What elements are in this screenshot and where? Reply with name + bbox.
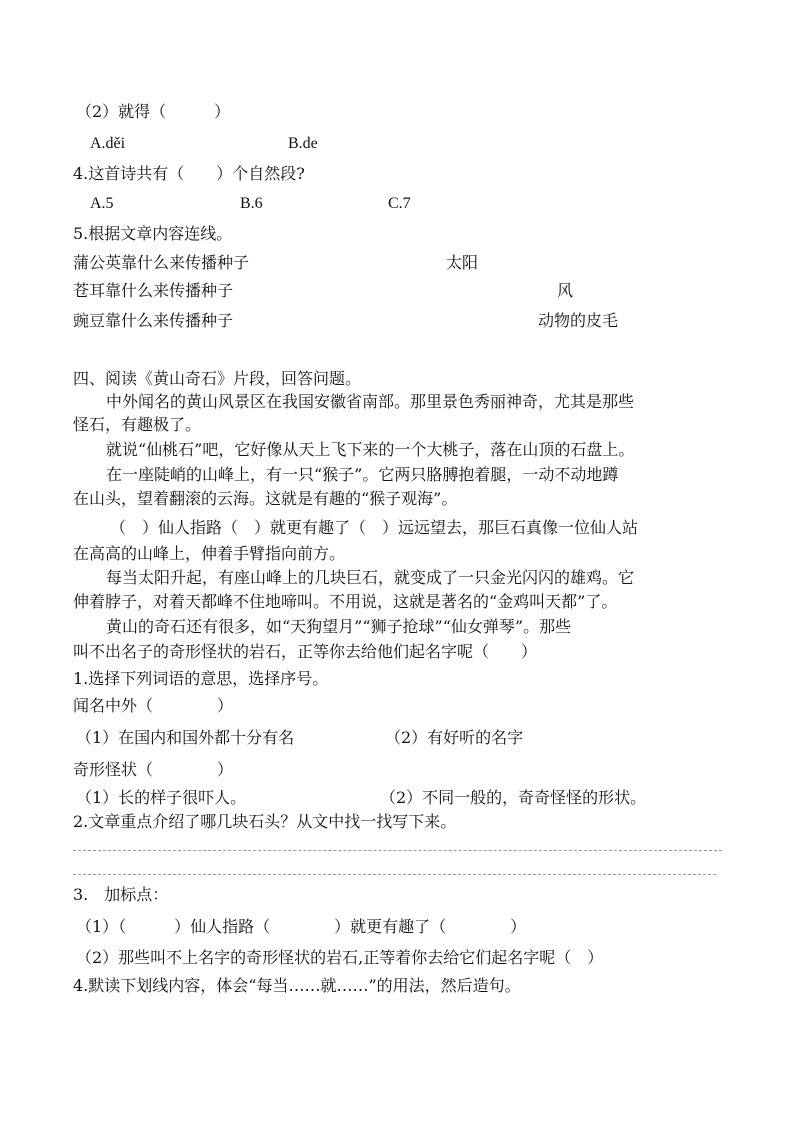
- match-left-2: 苍耳靠什么来传播种子: [73, 281, 233, 301]
- option-c: C.7: [388, 194, 411, 214]
- term-1-option-2: （2）有好听的名字: [385, 728, 523, 748]
- option-a: A.5: [90, 194, 114, 214]
- passage-line: 在山头，望着翻滚的云海。这就是有趣的“猴子观海”。: [73, 489, 457, 509]
- match-left-3: 豌豆靠什么来传播种子: [73, 311, 233, 331]
- option-b: B.6: [240, 194, 263, 214]
- passage-line: 怪石，有趣极了。: [73, 415, 201, 435]
- question-1: 1.选择下列词语的意思，选择序号。: [73, 669, 328, 689]
- option-a: A.děi: [90, 134, 125, 154]
- passage-line: 叫不出名子的奇形怪状的岩石，正等你去给他们起名字呢（ ）: [73, 642, 537, 662]
- passage-line: （ ）仙人指路（ ）就更有趣了（ ）远远望去，那巨石真像一位仙人站: [110, 518, 638, 538]
- question-3-item-2: （2）那些叫不上名字的奇形怪状的岩石,正等着你去给它们起名字呢（ ）: [76, 948, 603, 968]
- answer-line[interactable]: [73, 874, 716, 875]
- question-4: 4.这首诗共有（ ）个自然段?: [73, 164, 305, 184]
- passage-line: 就说“仙桃石”吧，它好像从天上飞下来的一个大桃子，落在山顶的石盘上。: [106, 440, 634, 460]
- match-right-2: 风: [557, 281, 573, 301]
- passage-line: 每当太阳升起，有座山峰上的几块巨石，就变成了一只金光闪闪的雄鸡。它: [106, 568, 634, 588]
- question-5: 5.根据文章内容连线。: [73, 224, 232, 244]
- term-2: 奇形怪状（ ）: [73, 760, 233, 780]
- term-1: 闻名中外（ ）: [73, 696, 233, 716]
- question-3-2: （2）就得（ ）: [76, 102, 230, 122]
- term-2-option-2: （2）不同一般的，奇奇怪怪的形状。: [380, 788, 646, 808]
- question-3: 3. 加标点：: [73, 885, 168, 905]
- passage-line: 在一座陡峭的山峰上，有一只“猴子”。它两只胳膊抱着腿，一动不动地蹲: [106, 465, 618, 485]
- match-right-3: 动物的皮毛: [538, 311, 618, 331]
- passage-line: 在高高的山峰上，伸着手臂指向前方。: [73, 544, 345, 564]
- option-b: B.de: [288, 134, 318, 154]
- passage-line: 黄山的奇石还有很多，如“天狗望月”“狮子抢球”“仙女弹琴”。那些: [106, 617, 571, 637]
- passage-line: 中外闻名的黄山风景区在我国安徽省南部。那里景色秀丽神奇，尤其是那些: [106, 392, 634, 412]
- match-right-1: 太阳: [446, 253, 478, 273]
- question-4: 4.默读下划线内容，体会“每当……就……”的用法，然后造句。: [73, 976, 521, 996]
- answer-line[interactable]: [73, 850, 722, 851]
- match-left-1: 蒲公英靠什么来传播种子: [73, 253, 249, 273]
- question-3-item-1: （1）（ ）仙人指路（ ）就更有趣了（ ）: [76, 917, 526, 937]
- term-1-option-1: （1）在国内和国外都十分有名: [76, 728, 294, 748]
- term-2-option-1: （1）长的样子很吓人。: [76, 788, 246, 808]
- question-2: 2.文章重点介绍了哪几块石头？从文中找一找写下来。: [73, 812, 456, 832]
- passage-line: 伸着脖子，对着天都峰不住地啼叫。不用说，这就是著名的“金鸡叫天都”了。: [73, 592, 617, 612]
- section-4-heading: 四、阅读《黄山奇石》片段，回答问题。: [73, 369, 361, 389]
